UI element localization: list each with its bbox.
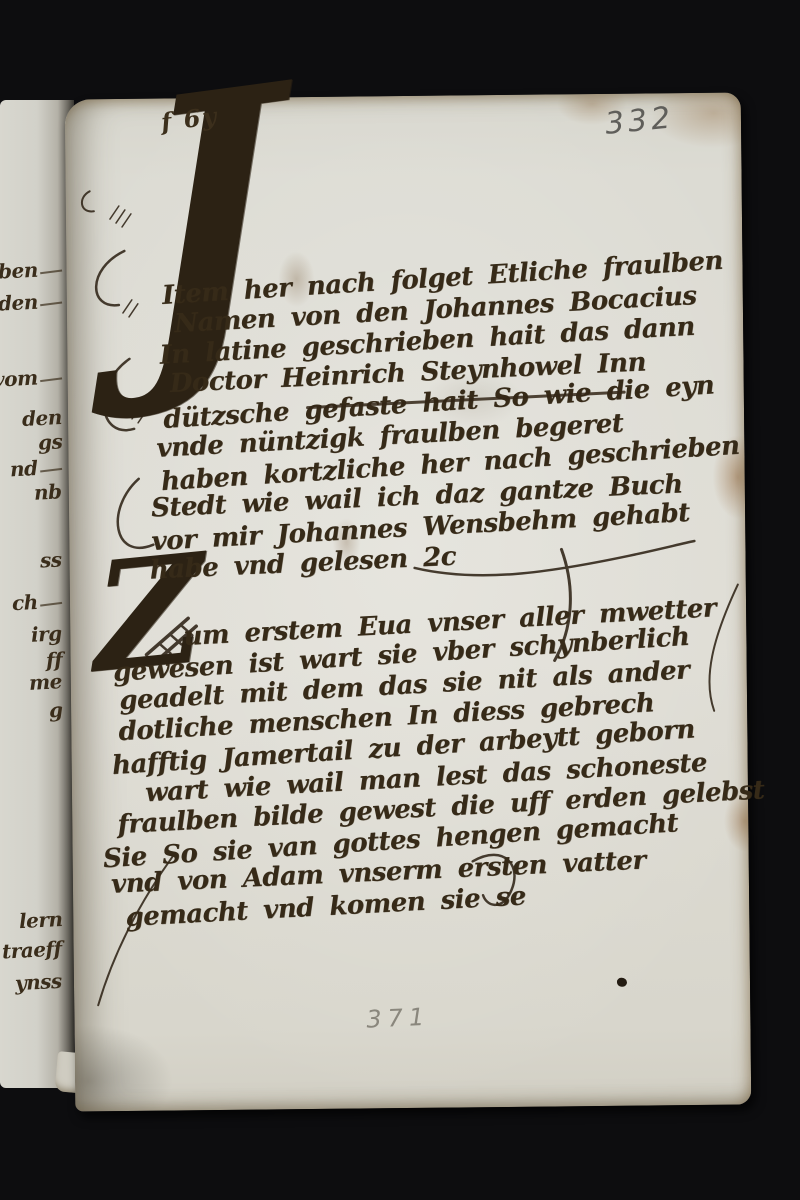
pencil-page-number-bottom: 371 — [366, 1003, 431, 1034]
facing-text-fragment: nd — [10, 455, 63, 482]
facing-text-fragment: me — [29, 669, 63, 695]
facing-text-fragment: g — [48, 698, 63, 723]
pencil-folio-number: 332 — [603, 100, 675, 142]
facing-text-fragment: gs — [37, 429, 62, 454]
photo-frame: { "colors": { "background": "#0d0d0f", "… — [0, 0, 800, 1200]
facing-text-fragment: vom — [0, 364, 63, 392]
facing-page-strip: ben den vom den gs nd nb ss ch irg ff me… — [0, 100, 74, 1088]
ink-blot — [617, 978, 627, 987]
facing-text-fragment: den — [0, 288, 63, 315]
facing-text-fragment: traeff — [2, 936, 63, 963]
facing-text-fragment: irg — [31, 621, 63, 647]
paragraph-1: Item her nach folget Etliche fraulben Na… — [154, 261, 717, 577]
facing-text-fragment: nb — [34, 479, 63, 504]
facing-text-fragment: lern — [18, 907, 63, 933]
facing-text-fragment: ss — [40, 547, 63, 572]
facing-text-fragment: ch — [12, 589, 63, 616]
paragraph-2: um erstem Eua vnser aller mwetter gewese… — [100, 605, 723, 921]
facing-text-fragment: ben — [0, 256, 63, 283]
facing-text-fragment: ynss — [15, 969, 63, 995]
manuscript-page: J Z f 6y 332 Item her nach folget Etlich… — [65, 92, 752, 1111]
facing-text-fragment: den — [22, 405, 63, 431]
